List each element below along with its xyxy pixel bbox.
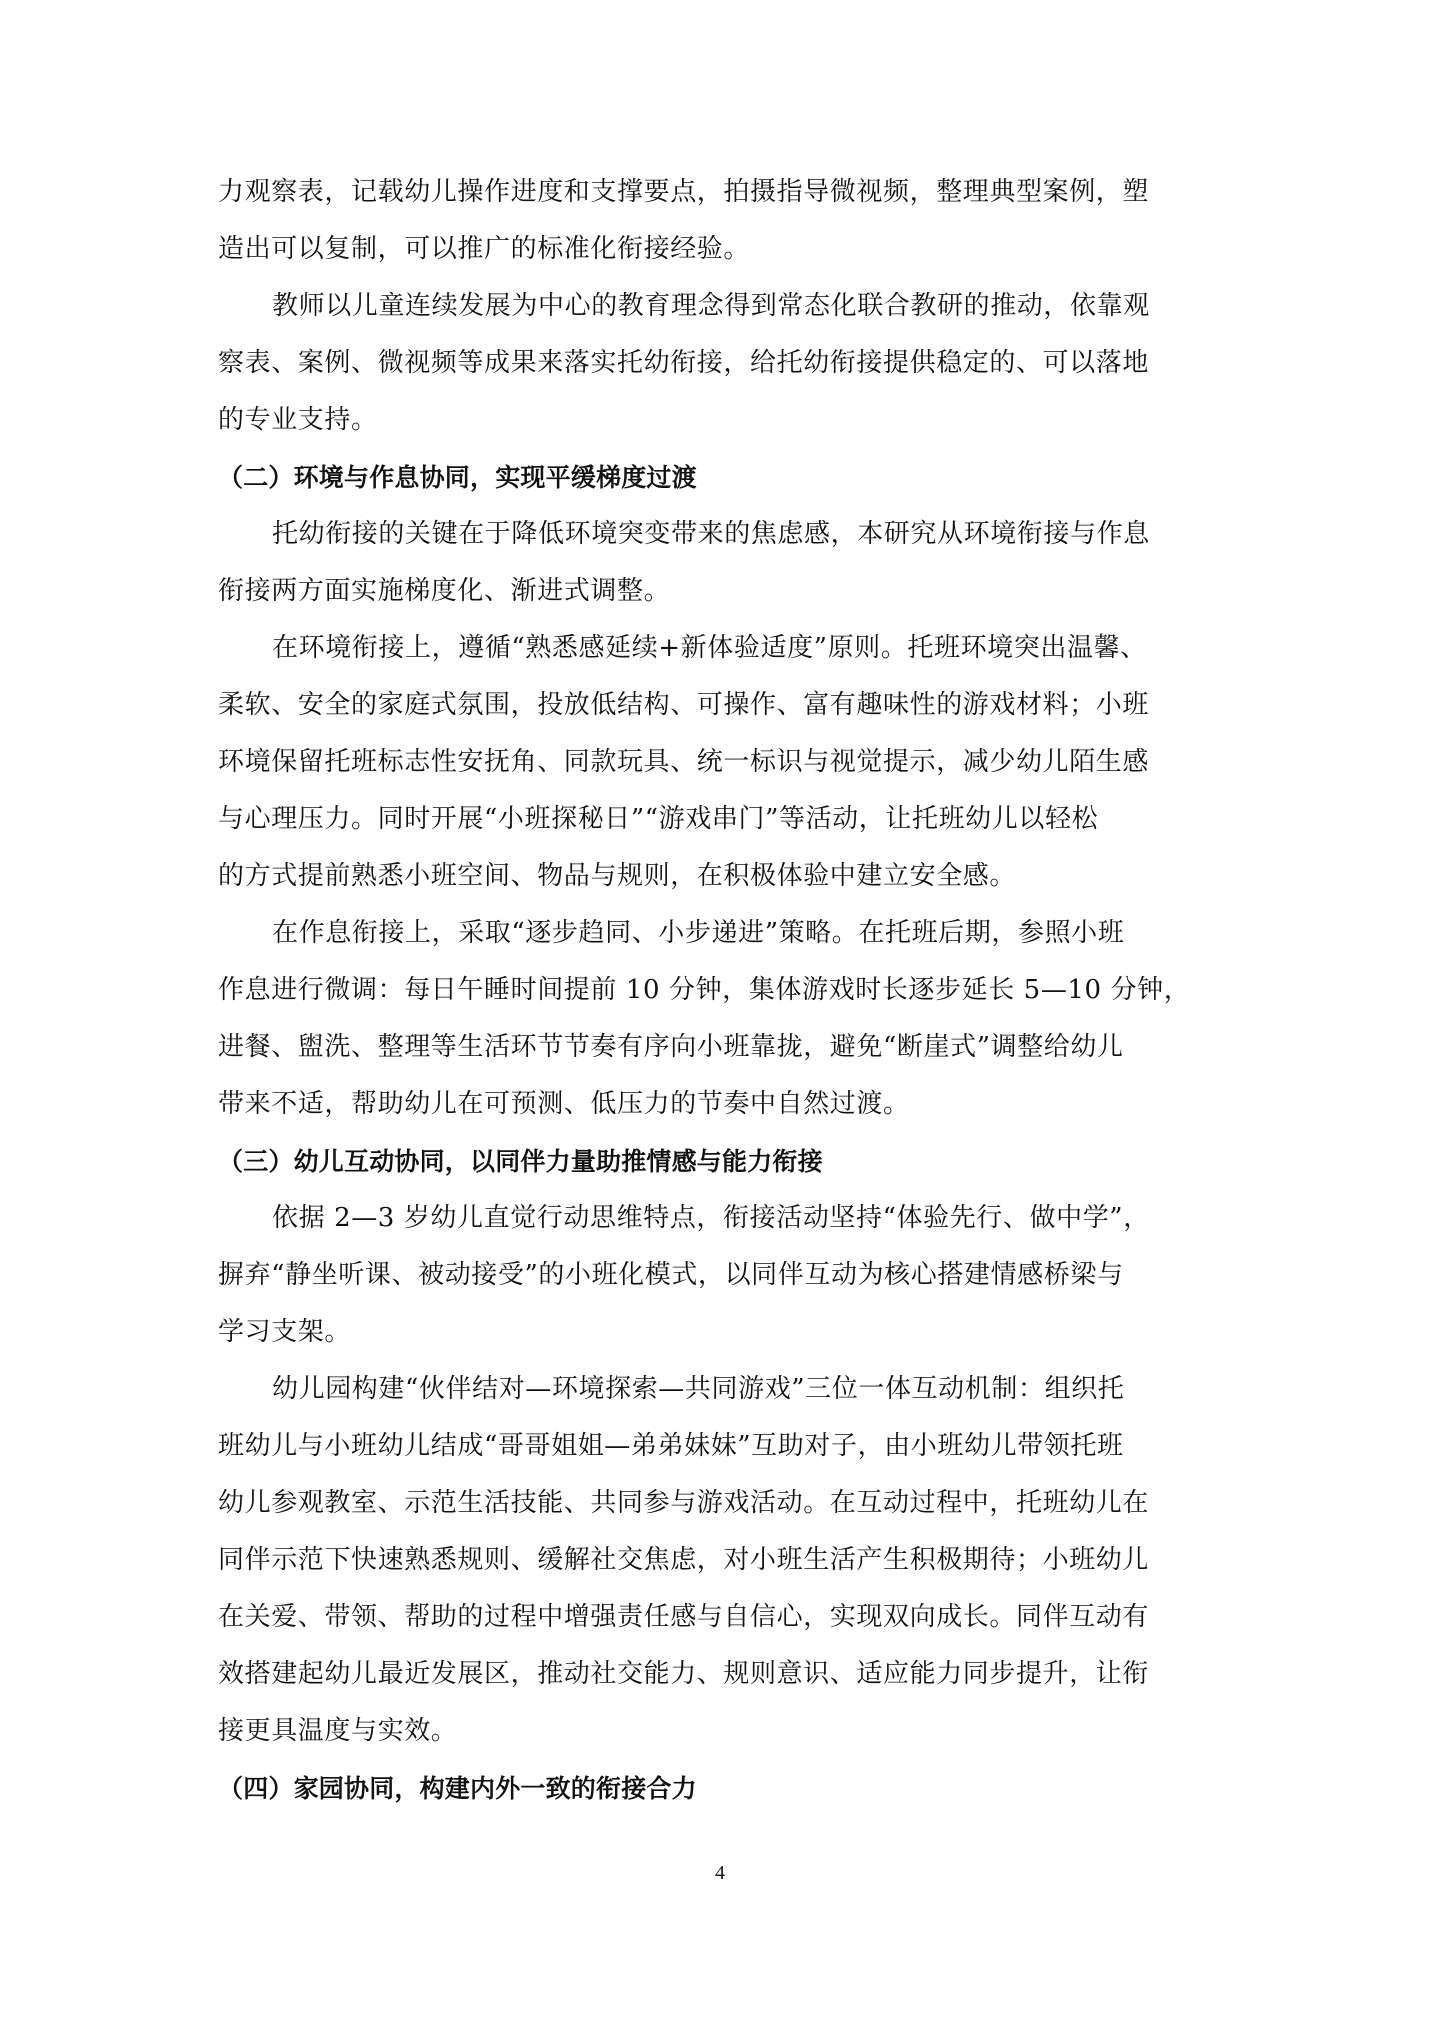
paragraph-line: 的方式提前熟悉小班空间、物品与规则，在积极体验中建立安全感。 xyxy=(218,848,1222,905)
paragraph-line: 环境保留托班标志性安抚角、同款玩具、统一标识与视觉提示，减少幼儿陌生感 xyxy=(218,734,1222,791)
paragraph-line: 进餐、盥洗、整理等生活环节节奏有序向小班靠拢，避免“断崖式”调整给幼儿 xyxy=(218,1019,1222,1076)
paragraph-first-line: 托幼衔接的关键在于降低环境突变带来的焦虑感，本研究从环境衔接与作息 xyxy=(218,506,1222,563)
page-number: 4 xyxy=(0,1862,1440,1885)
paragraph-line: 的专业支持。 xyxy=(218,392,1222,449)
paragraph-line: 衔接两方面实施梯度化、渐进式调整。 xyxy=(218,563,1222,620)
paragraph-line: 同伴示范下快速熟悉规则、缓解社交焦虑，对小班生活产生积极期待；小班幼儿 xyxy=(218,1532,1222,1589)
paragraph-first-line: 幼儿园构建“伙伴结对—环境探索—共同游戏”三位一体互动机制：组织托 xyxy=(218,1361,1222,1418)
paragraph-line: 与心理压力。同时开展“小班探秘日”“游戏串门”等活动，让托班幼儿以轻松 xyxy=(218,791,1222,848)
paragraph-line: 作息进行微调：每日午睡时间提前 10 分钟，集体游戏时长逐步延长 5—10 分钟… xyxy=(218,962,1222,1019)
section-heading-3: （三）幼儿互动协同，以同伴力量助推情感与能力衔接 xyxy=(218,1133,1222,1190)
paragraph-first-line: 教师以儿童连续发展为中心的教育理念得到常态化联合教研的推动，依靠观 xyxy=(218,278,1222,335)
paragraph-line: 接更具温度与实效。 xyxy=(218,1703,1222,1760)
paragraph-line: 在关爱、带领、帮助的过程中增强责任感与自信心，实现双向成长。同伴互动有 xyxy=(218,1589,1222,1646)
paragraph-line: 力观察表，记载幼儿操作进度和支撑要点，拍摄指导微视频，整理典型案例，塑 xyxy=(218,164,1222,221)
paragraph-line: 班幼儿与小班幼儿结成“哥哥姐姐—弟弟妹妹”互助对子，由小班幼儿带领托班 xyxy=(218,1418,1222,1475)
paragraph-line: 学习支架。 xyxy=(218,1304,1222,1361)
paragraph-first-line: 在环境衔接上，遵循“熟悉感延续+新体验适度”原则。托班环境突出温馨、 xyxy=(218,620,1222,677)
paragraph-line: 察表、案例、微视频等成果来落实托幼衔接，给托幼衔接提供稳定的、可以落地 xyxy=(218,335,1222,392)
document-page: 力观察表，记载幼儿操作进度和支撑要点，拍摄指导微视频，整理典型案例，塑 造出可以… xyxy=(218,164,1222,1817)
paragraph-line: 柔软、安全的家庭式氛围，投放低结构、可操作、富有趣味性的游戏材料；小班 xyxy=(218,677,1222,734)
paragraph-first-line: 在作息衔接上，采取“逐步趋同、小步递进”策略。在托班后期，参照小班 xyxy=(218,905,1222,962)
paragraph-line: 摒弃“静坐听课、被动接受”的小班化模式，以同伴互动为核心搭建情感桥梁与 xyxy=(218,1247,1222,1304)
paragraph-line: 带来不适，帮助幼儿在可预测、低压力的节奏中自然过渡。 xyxy=(218,1076,1222,1133)
section-heading-2: （二）环境与作息协同，实现平缓梯度过渡 xyxy=(218,449,1222,506)
paragraph-line: 效搭建起幼儿最近发展区，推动社交能力、规则意识、适应能力同步提升，让衔 xyxy=(218,1646,1222,1703)
paragraph-line: 造出可以复制，可以推广的标准化衔接经验。 xyxy=(218,221,1222,278)
paragraph-line: 幼儿参观教室、示范生活技能、共同参与游戏活动。在互动过程中，托班幼儿在 xyxy=(218,1475,1222,1532)
section-heading-4: （四）家园协同，构建内外一致的衔接合力 xyxy=(218,1760,1222,1817)
paragraph-first-line: 依据 2—3 岁幼儿直觉行动思维特点，衔接活动坚持“体验先行、做中学”， xyxy=(218,1190,1222,1247)
